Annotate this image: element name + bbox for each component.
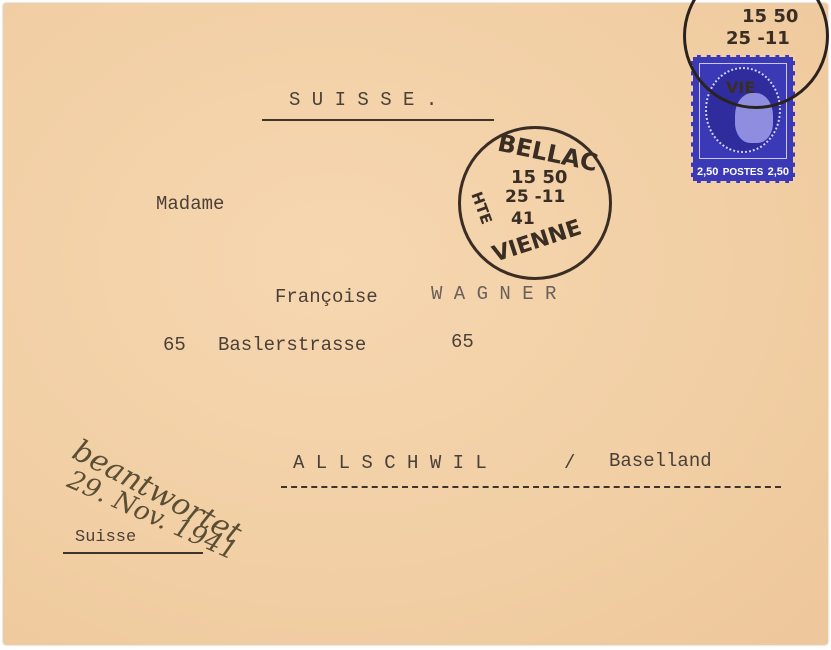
country-underline (262, 119, 494, 121)
postmark-bellac: BELLAC 15 50 25 -11 41 HTE VIENNE (458, 126, 612, 280)
salutation: Madame (156, 193, 224, 215)
stamp-value-right: 2,50 (768, 166, 789, 178)
postmark-stamp-partial: VIE (726, 78, 755, 97)
postmark-region-abbr: HTE (467, 189, 495, 226)
city-dashed-underline (281, 486, 781, 488)
city: A L L S C H W I L (293, 452, 487, 474)
destination-country: S U I S S E . (289, 89, 437, 111)
bottom-left-underline (63, 552, 203, 554)
city-separator: / (564, 452, 575, 474)
stamp-label: POSTES (717, 167, 769, 178)
postmark-stamp-date: 25 -11 (726, 28, 790, 49)
postmark-region: VIENNE (489, 215, 584, 267)
stamp-value-left: 2,50 (697, 166, 718, 178)
postmark-time: 15 50 (511, 167, 567, 188)
region: Baselland (609, 450, 712, 472)
postmark-date: 25 -11 (505, 187, 565, 207)
bottom-left-country: Suisse (75, 528, 136, 547)
street-number-left: 65 (163, 334, 186, 356)
recipient-first-name: Françoise (275, 286, 378, 308)
envelope: S U I S S E . Madame Françoise W A G N E… (3, 3, 828, 645)
postmark-stamp-time: 15 50 (742, 6, 798, 27)
street-name: Baslerstrasse (218, 334, 366, 356)
recipient-last-name: W A G N E R (431, 283, 556, 305)
postmark-year: 41 (511, 209, 535, 229)
street-number-right: 65 (451, 331, 474, 353)
